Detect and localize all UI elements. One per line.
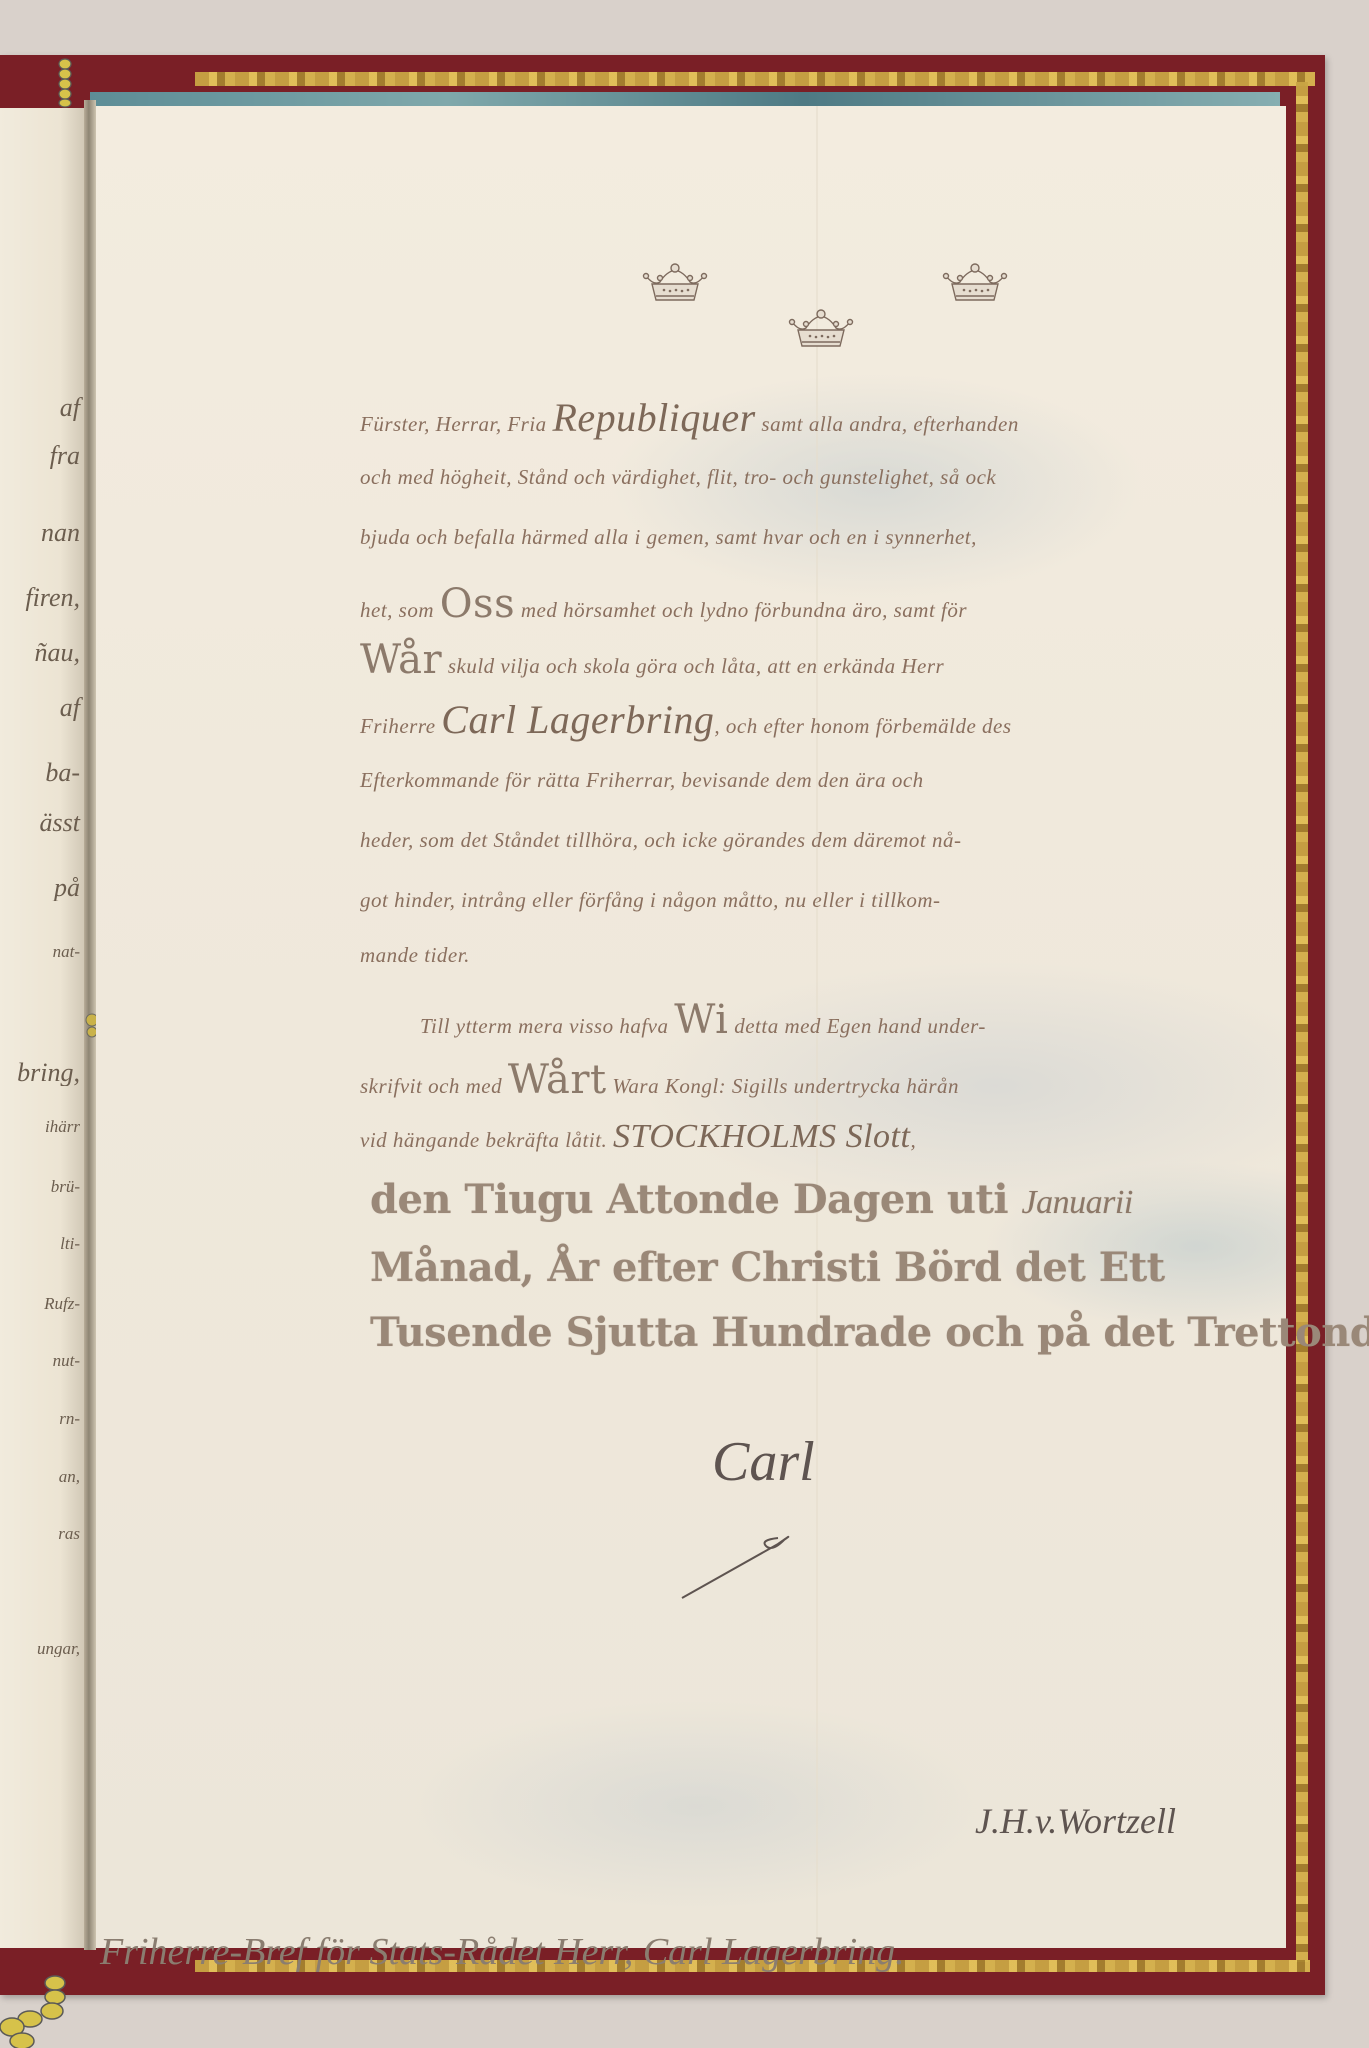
text-line: Fürster, Herrar, Fria Republiquer samt a… (360, 398, 1260, 438)
dating-line: Månad, År efter Christi Börd det Ett (370, 1248, 1290, 1288)
tassel-icon (57, 58, 73, 108)
left-fragment: ässt (0, 810, 84, 836)
text-line: het, som Oss med hörsamhet och lydno för… (360, 584, 1260, 624)
left-fragment: af (0, 395, 84, 421)
text-line: mande tider. (360, 945, 1260, 966)
emphasized-word: Wårt (508, 1057, 607, 1103)
emphasized-word: Oss (440, 581, 515, 627)
countersignature: J.H.v.Wortzell (975, 1800, 1176, 1842)
month-name: Januarii (1022, 1184, 1133, 1221)
text-line: got hinder, intrång eller förfång i någo… (360, 890, 1260, 911)
royal-signature: Carl (712, 1430, 815, 1494)
text-line: Wår skuld vilja och skola göra och låta,… (360, 640, 1260, 680)
tassel-icon (0, 1975, 70, 2048)
left-fragment: nut- (0, 1352, 84, 1369)
left-fragment: af (0, 695, 84, 721)
left-fragment: bring, (0, 1060, 84, 1086)
left-fragment: brü- (0, 1178, 84, 1195)
emphasized-name: Carl Lagerbring (441, 697, 714, 742)
text-line: och med högheit, Stånd och värdighet, fl… (360, 467, 1260, 488)
left-fragment: ras (0, 1525, 84, 1542)
left-fragment: ihärr (0, 1118, 84, 1135)
crown-icon (786, 308, 856, 350)
left-fragment: på (0, 875, 84, 901)
left-fragment: Rufz- (0, 1295, 84, 1312)
text-line: Efterkommande för rätta Friherrar, bevis… (360, 770, 1260, 791)
text-line: Till ytterm mera visso hafva Wi detta me… (420, 1000, 1320, 1040)
marbled-page-edge (90, 92, 1280, 106)
left-fragment: firen, (0, 585, 84, 611)
place-name: STOCKHOLMS Slott (613, 1118, 910, 1155)
left-fragment: an, (0, 1468, 84, 1485)
left-fragment: ungar, (0, 1640, 84, 1657)
emphasized-word: Republiquer (552, 395, 755, 440)
text-line: heder, som det Ståndet tillhöra, och ick… (360, 830, 1260, 851)
left-fragment: rn- (0, 1410, 84, 1427)
left-fragment: fra (0, 443, 84, 469)
gold-tooling-top (195, 72, 1315, 86)
text-line: Friherre Carl Lagerbring, och efter hono… (360, 700, 1260, 740)
crown-icon (940, 262, 1010, 304)
dating-line: Tusende Sjutta Hundrade och på det Trett… (370, 1313, 1290, 1353)
text-line: bjuda och befalla härmed alla i gemen, s… (360, 527, 1260, 548)
emphasized-word: Wi (674, 997, 728, 1043)
document-title: Friherre-Bref för Stats-Rådet Herr, Carl… (100, 1930, 1000, 1974)
left-fragment: ba- (0, 760, 84, 786)
emphasized-word: Wår (360, 637, 442, 683)
left-fragment: lti- (0, 1235, 84, 1252)
text-line: skrifvit och med Wårt Wara Kongl: Sigill… (360, 1060, 1260, 1100)
left-fragment: ñau, (0, 640, 84, 666)
text-line: vid hängande bekräfta låtit. STOCKHOLMS … (360, 1120, 1260, 1154)
signature-flourish-icon (680, 1520, 800, 1600)
dating-line: den Tiugu Attonde Dagen uti Januarii (370, 1180, 1290, 1220)
left-fragment: nan (0, 520, 84, 546)
crown-icon (640, 262, 710, 304)
left-page (0, 108, 86, 1948)
left-fragment: nat- (0, 943, 84, 960)
